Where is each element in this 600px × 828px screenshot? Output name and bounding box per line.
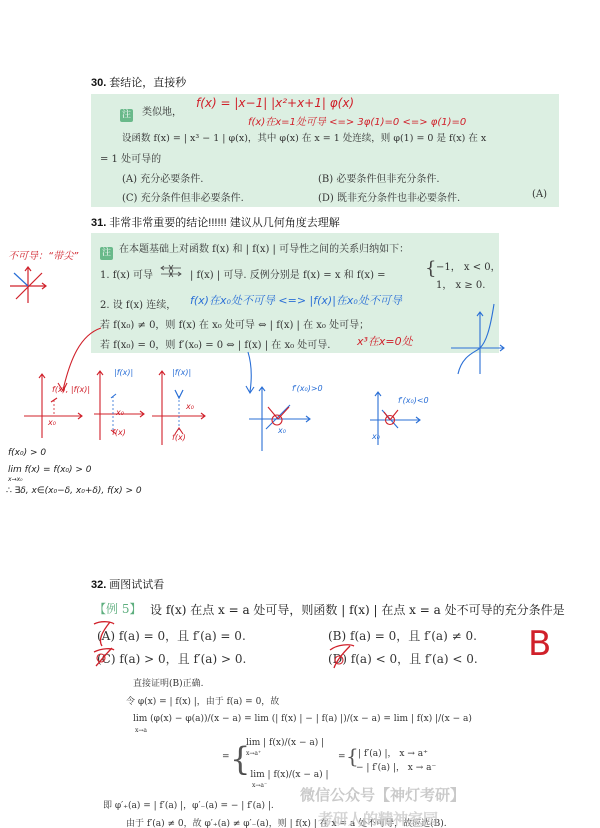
answer: (A) [532, 189, 547, 200]
graph-1-x0: x₀ [48, 418, 56, 427]
option-d: (D) 既非充分条件也非必要条件. [318, 189, 460, 204]
graph-4-sketch [246, 385, 316, 455]
graph-5-label: f′(x₀)<0 [398, 396, 429, 405]
heading-text: 套结论，直接秒 [109, 77, 186, 89]
option-b: (B) 必要条件但非充分条件. [318, 170, 440, 185]
graph-5-x0: x₀ [372, 432, 380, 441]
section-32-heading: 32.画图试试看 [91, 576, 164, 592]
handwritten-blue-note: f(x)在x₀处不可导 <=> |f(x)|在x₀处不可导 [190, 292, 402, 308]
heading-text: 非常非常重要的结论!!!!!! 建议从几何角度去理解 [109, 217, 339, 229]
graph-2-x0: x₀ [116, 408, 124, 417]
option-c: (C) 充分条件但非必要条件. [122, 189, 244, 204]
graph-4-label: f′(x₀)>0 [292, 384, 323, 393]
note-lead: 类似地， [142, 103, 182, 118]
solution-line-1: 直接证明(B)正确. [133, 676, 204, 689]
example-option-c: (C) f(a) > 0，且 f′(a) > 0. [97, 650, 246, 667]
case-bottom-sub: x→a⁻ [252, 782, 267, 789]
case-top-left: lim | f(x)/(x − a) | [246, 738, 324, 748]
proof-line-2: lim f(x) = f(x₀) > 0 [8, 465, 92, 475]
item1-prefix: 1. f(x) 可导 [100, 266, 153, 281]
heading-number: 30. [91, 77, 106, 89]
item2-text: 2. 设 f(x) 连续， [100, 296, 176, 311]
example-question: 设 f(x) 在点 x = a 处可导，则函数 | f(x) | 在点 x = … [150, 601, 565, 618]
handwritten-formula: f(x) = |x−1| |x²+x+1| φ(x) [196, 96, 354, 110]
handwritten-equivalence: f(x)在x=1处可导 <=> 3φ(1)=0 <=> φ(1)=0 [248, 113, 466, 128]
note-icon: 注 [120, 109, 133, 122]
crossout-d-mark [328, 640, 356, 670]
solution-limit-sub: x→a [135, 727, 147, 734]
solution-line-2: 令 φ(x) = | f(x) |，由于 f(a) = 0，故 [126, 694, 279, 707]
proof-line-2-sub: x→x₀ [8, 476, 23, 483]
handwritten-x-cubed: x³在x=0处 [357, 333, 413, 349]
piecewise-brace: { [425, 258, 436, 279]
graph-2-top-label: |f(x)| [114, 368, 133, 377]
proof-line-3: ∴ ∃δ, x∈(x₀−δ, x₀+δ), f(x) > 0 [6, 486, 142, 496]
cubic-graph-sketch [448, 300, 508, 375]
heading-number: 31. [91, 217, 106, 229]
note-tag-31: 注 [100, 240, 113, 260]
graph-3-top-label: |f(x)| [172, 368, 191, 377]
graph-1-label: f(x), |f(x)| [52, 385, 90, 394]
proof-line-1: f(x₀) > 0 [8, 448, 46, 458]
graph-4-x0: x₀ [278, 426, 286, 435]
piece-bottom: 1， x ≥ 0. [436, 276, 485, 291]
watermark-2: 考研人的精神家园 [318, 808, 438, 828]
handwritten-not-diff: 不可导：“带尖” [8, 247, 78, 262]
not-equivalent-arrows-icon [160, 264, 182, 278]
eq-sign: = [222, 752, 230, 762]
case-top-right: | f′(a) |， x → a⁺ [358, 746, 428, 759]
handwritten-answer: B [528, 624, 551, 664]
solution-result: 即 φ′₊(a) = | f′(a) |，φ′₋(a) = − | f′(a) … [103, 798, 274, 811]
solution-limit-equation: lim (φ(x) − φ(a))/(x − a) = lim (| f(x) … [133, 714, 472, 724]
graph-3-bottom-label: f(x) [172, 433, 186, 442]
example-label: 【例 5】 [94, 600, 141, 617]
item1-text: | f(x) | 可导. 反例分别是 f(x) = x 和 f(x) = [190, 266, 386, 281]
item2-a: 若 f(x₀) ≠ 0，则 f(x) 在 x₀ 处可导 ⇔ | f(x) | 在… [100, 316, 369, 331]
case-bottom-right: − | f′(a) |， x → a⁻ [356, 760, 436, 773]
piece-top: −1， x < 0， [436, 258, 501, 273]
note-intro: 在本题基础上对函数 f(x) 和 | f(x) | 可导性之间的关系归纳如下： [119, 240, 409, 255]
example-option-a: (A) f(a) = 0，且 f′(a) = 0. [97, 627, 246, 644]
heading-number: 32. [91, 579, 106, 591]
problem-line-2: = 1 处可导的 [100, 150, 161, 165]
corner-sketch-icon [8, 265, 48, 305]
graph-1-sketch [20, 370, 90, 440]
section-31-heading: 31.非常非常重要的结论!!!!!! 建议从几何角度去理解 [91, 214, 340, 230]
graph-3-x0: x₀ [186, 402, 194, 411]
heading-text: 画图试试看 [109, 579, 164, 591]
note-tag-30: 注 [120, 102, 133, 122]
eq-sign-2: = [338, 752, 346, 762]
graph-2-bottom-label: f(x) [112, 428, 126, 437]
problem-line-1: 设函数 f(x) = | x³ − 1 | φ(x)，其中 φ(x) 在 x =… [122, 130, 486, 144]
watermark-1: 微信公众号【神灯考研】 [300, 784, 465, 805]
case-top-sub: x→a⁺ [246, 750, 261, 757]
crossout-a-c-marks [92, 618, 118, 668]
item2-b: 若 f(x₀) = 0，则 f′(x₀) = 0 ⇔ | f(x) | 在 x₀… [100, 336, 330, 351]
section-30-heading: 30.套结论，直接秒 [91, 74, 186, 90]
case-bottom-left: − lim | f(x)/(x − a) | [240, 770, 329, 780]
option-a: (A) 充分必要条件. [122, 170, 203, 185]
note-icon: 注 [100, 247, 113, 260]
